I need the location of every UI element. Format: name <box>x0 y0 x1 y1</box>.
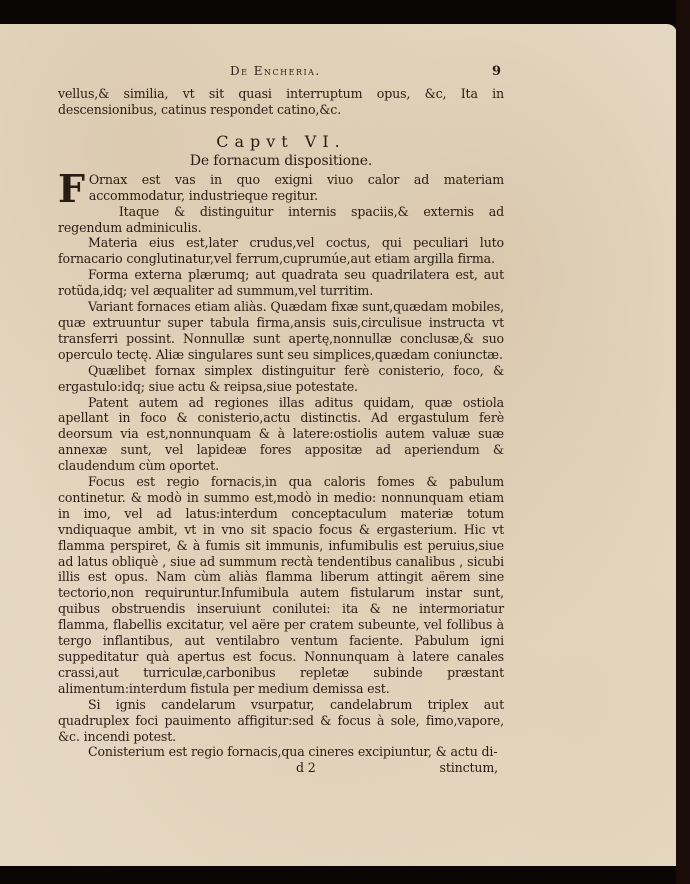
paragraph-10: Conisterium est regio fornacis,qua ciner… <box>58 744 504 760</box>
paragraph-7: Patent autem ad regiones illas aditus qu… <box>58 395 504 475</box>
paragraph-6: Quælibet fornax simplex distinguitur fer… <box>58 363 504 395</box>
paragraph-4: Forma externa plærumq; aut quadrata seu … <box>58 267 504 299</box>
signature-mark: d 2 <box>296 760 316 776</box>
footer-line: d 2 stinctum, <box>58 760 504 776</box>
continuation-text: vellus,& similia, vt sit quasi interrupt… <box>58 86 504 118</box>
catchword: stinctum, <box>440 760 498 776</box>
chapter-heading: Capvt VI. <box>58 132 504 152</box>
paragraph-2: Itaque & distinguitur internis spaciis,&… <box>58 204 504 236</box>
page-body: vellus,& similia, vt sit quasi interrupt… <box>58 86 504 776</box>
paragraph-5: Variant fornaces etiam aliàs. Quædam fix… <box>58 299 504 363</box>
chapter-subtitle: De fornacum dispositione. <box>58 152 504 170</box>
paragraph-3: Materia eius est,later crudus,vel coctus… <box>58 235 504 267</box>
paragraph-1: FOrnax est vas in quo exigni viuo calor … <box>58 172 504 204</box>
page-number: 9 <box>492 64 501 79</box>
paragraph-8: Focus est regio fornacis,in qua caloris … <box>58 474 504 697</box>
page-edge-shadow <box>676 0 690 884</box>
book-page: De Encheria. 9 vellus,& similia, vt sit … <box>0 24 677 866</box>
drop-cap: F <box>58 174 85 204</box>
running-head: De Encheria. <box>230 64 321 78</box>
paragraph-9: Si ignis candelarum vsurpatur, candelabr… <box>58 697 504 745</box>
